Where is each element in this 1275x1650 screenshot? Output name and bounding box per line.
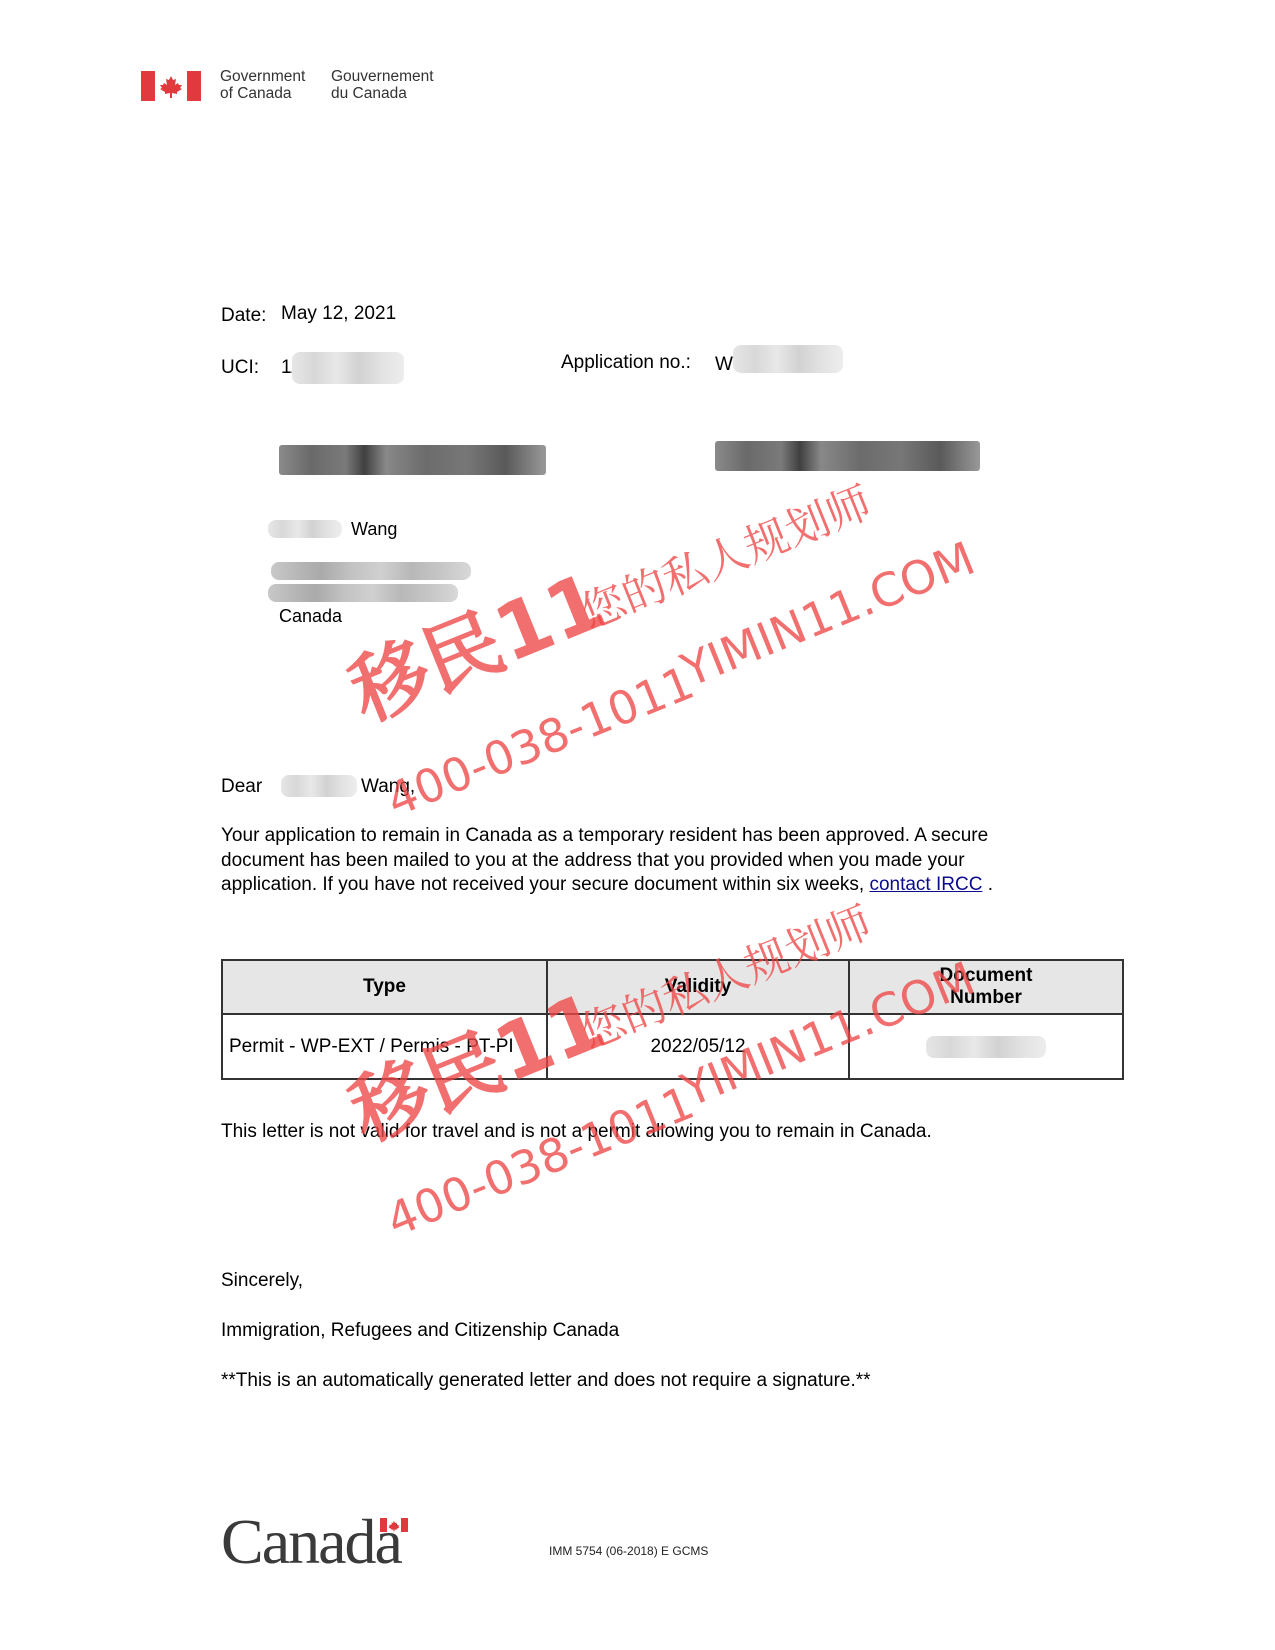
address-line1-redaction — [271, 562, 471, 580]
date-label: Date: — [221, 305, 266, 327]
disclaimer-text: This letter is not valid for travel and … — [221, 1121, 932, 1143]
paragraph-line-1: Your application to remain in Canada as … — [221, 825, 988, 847]
government-of-canada-label: Government of Canada — [220, 68, 305, 102]
watermark-1-phone: 400-038-1011 — [380, 658, 700, 825]
gouvernement-du-canada-label: Gouvernement du Canada — [331, 68, 434, 102]
paragraph-trailing: . — [982, 874, 993, 895]
contact-ircc-link[interactable]: contact IRCC — [869, 874, 982, 895]
salutation-prefix: Dear — [221, 776, 262, 798]
recipient-country: Canada — [279, 605, 342, 627]
address-line2-redaction — [268, 584, 458, 602]
table-header-type: Type — [223, 961, 546, 1013]
canada-wordmark-flag-icon — [380, 1518, 408, 1532]
uci-redaction — [292, 352, 404, 384]
table-header-document-number: Document Number — [850, 961, 1122, 1013]
table-cell-validity: 2022/05/12 — [548, 1015, 848, 1078]
form-code: IMM 5754 (06-2018) E GCMS — [549, 1544, 708, 1558]
signature-organization: Immigration, Refugees and Citizenship Ca… — [221, 1320, 619, 1342]
document-number-redaction — [926, 1036, 1046, 1058]
table-cell-type: Permit - WP-EXT / Permis - PT-PI — [229, 1015, 546, 1078]
uci-label: UCI: — [221, 357, 259, 379]
watermark-1-slogan: 您的私人规划师 — [575, 480, 878, 638]
salutation-suffix: Wang, — [361, 776, 415, 798]
recipient-firstname-redaction — [268, 520, 342, 538]
canada-flag-icon — [141, 71, 201, 101]
table-cell-document-number — [850, 1015, 1122, 1078]
application-number-label: Application no.: — [561, 352, 691, 374]
table-header-validity: Validity — [548, 961, 848, 1013]
salutation-name-redaction — [281, 775, 357, 797]
closing-text: Sincerely, — [221, 1270, 303, 1292]
barcode-left-redacted — [279, 445, 546, 475]
application-number-value: W — [715, 354, 733, 376]
application-number-redaction — [733, 345, 843, 373]
watermark-1-site: YIMIN11.COM — [675, 534, 981, 695]
auto-generated-note: **This is an automatically generated let… — [221, 1370, 871, 1392]
barcode-right-redacted — [715, 441, 980, 471]
canada-wordmark: Canadä — [221, 1510, 401, 1574]
paragraph-line-3-text: application. If you have not received yo… — [221, 874, 864, 895]
document-table: Type Validity Document Number Permit - W… — [221, 959, 1124, 1080]
recipient-name: Wang — [351, 518, 397, 540]
date-value: May 12, 2021 — [281, 303, 396, 325]
paragraph-line-2: document has been mailed to you at the a… — [221, 850, 965, 872]
watermark-2-phone: 400-038-1011 — [380, 1078, 700, 1245]
paragraph-line-3: application. If you have not received yo… — [221, 874, 993, 896]
